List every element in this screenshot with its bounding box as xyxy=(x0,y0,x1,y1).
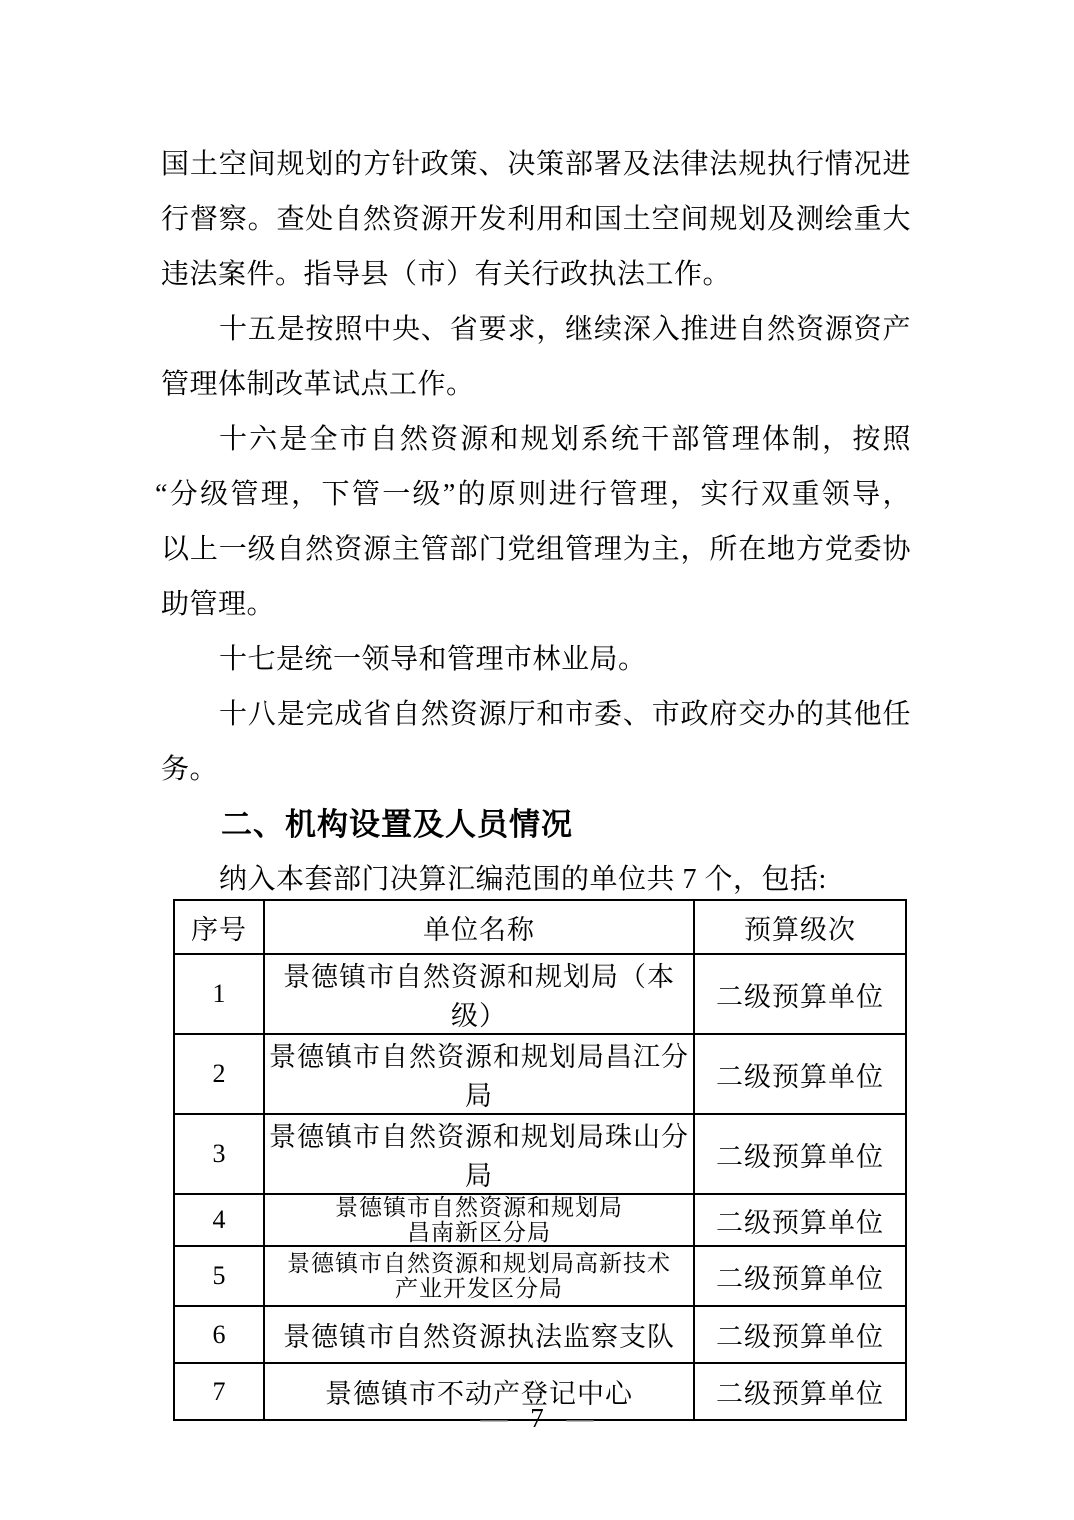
table-row: 3 景德镇市自然资源和规划局珠山分局 二级预算单位 xyxy=(174,1114,906,1194)
cell-name-line: 景德镇市自然资源和规划局 xyxy=(265,1195,693,1220)
text-line: 十八是完成省自然资源厅和市委、市政府交办的其他任 xyxy=(161,687,911,742)
header-cell-level: 预算级次 xyxy=(694,900,906,954)
cell-name: 景德镇市自然资源和规划局 昌南新区分局 xyxy=(264,1194,694,1246)
text-line: 违法案件。指导县（市）有关行政执法工作。 xyxy=(161,247,911,302)
footer-dash-right: — xyxy=(567,1403,594,1433)
cell-level: 二级预算单位 xyxy=(694,954,906,1034)
page-footer: — 7 — xyxy=(0,1403,1074,1434)
cell-name-line: 昌南新区分局 xyxy=(265,1220,693,1245)
units-table: 序号 单位名称 预算级次 1 景德镇市自然资源和规划局（本级） 二级预算单位 2… xyxy=(173,899,907,1421)
text-line: 务。 xyxy=(161,742,911,797)
cell-level: 二级预算单位 xyxy=(694,1246,906,1306)
cell-name-line: 产业开发区分局 xyxy=(265,1276,693,1301)
footer-page-number: 7 xyxy=(530,1403,544,1433)
text-line: 助管理。 xyxy=(161,577,911,632)
document-page: 国土空间规划的方针政策、决策部署及法律法规执行情况进 行督察。查处自然资源开发利… xyxy=(0,0,1074,1520)
body-text: 国土空间规划的方针政策、决策部署及法律法规执行情况进 行督察。查处自然资源开发利… xyxy=(161,137,911,1421)
header-cell-no: 序号 xyxy=(174,900,264,954)
text-line: 行督察。查处自然资源开发利用和国土空间规划及测绘重大 xyxy=(161,192,911,247)
text-line: 国土空间规划的方针政策、决策部署及法律法规执行情况进 xyxy=(161,137,911,192)
cell-name-line: 景德镇市自然资源和规划局高新技术 xyxy=(265,1251,693,1276)
text-line: 管理体制改革试点工作。 xyxy=(161,357,911,412)
cell-name: 景德镇市自然资源和规划局（本级） xyxy=(264,954,694,1034)
cell-no: 5 xyxy=(174,1246,264,1306)
cell-name: 景德镇市自然资源和规划局高新技术 产业开发区分局 xyxy=(264,1246,694,1306)
header-cell-name: 单位名称 xyxy=(264,900,694,954)
table-row: 1 景德镇市自然资源和规划局（本级） 二级预算单位 xyxy=(174,954,906,1034)
cell-name: 景德镇市自然资源执法监察支队 xyxy=(264,1306,694,1363)
section-heading: 二、机构设置及人员情况 xyxy=(161,797,911,852)
table-row: 2 景德镇市自然资源和规划局昌江分局 二级预算单位 xyxy=(174,1034,906,1114)
footer-dash-left: — xyxy=(481,1403,508,1433)
cell-name: 景德镇市自然资源和规划局珠山分局 xyxy=(264,1114,694,1194)
cell-level: 二级预算单位 xyxy=(694,1306,906,1363)
text-line: “分级管理，下管一级”的原则进行管理，实行双重领导， xyxy=(161,467,911,522)
cell-no: 4 xyxy=(174,1194,264,1246)
cell-no: 1 xyxy=(174,954,264,1034)
cell-level: 二级预算单位 xyxy=(694,1194,906,1246)
text-line: 十七是统一领导和管理市林业局。 xyxy=(161,632,911,687)
cell-no: 3 xyxy=(174,1114,264,1194)
cell-no: 2 xyxy=(174,1034,264,1114)
table-row: 5 景德镇市自然资源和规划局高新技术 产业开发区分局 二级预算单位 xyxy=(174,1246,906,1306)
table-row: 6 景德镇市自然资源执法监察支队 二级预算单位 xyxy=(174,1306,906,1363)
table-row: 4 景德镇市自然资源和规划局 昌南新区分局 二级预算单位 xyxy=(174,1194,906,1246)
text-line: 十六是全市自然资源和规划系统干部管理体制，按照 xyxy=(161,412,911,467)
intro-line: 纳入本套部门决算汇编范围的单位共 7 个，包括: xyxy=(161,852,911,907)
text-line: 以上一级自然资源主管部门党组管理为主，所在地方党委协 xyxy=(161,522,911,577)
table-header-row: 序号 单位名称 预算级次 xyxy=(174,900,906,954)
cell-level: 二级预算单位 xyxy=(694,1034,906,1114)
text-line: 十五是按照中央、省要求，继续深入推进自然资源资产 xyxy=(161,302,911,357)
cell-level: 二级预算单位 xyxy=(694,1114,906,1194)
cell-no: 6 xyxy=(174,1306,264,1363)
cell-name: 景德镇市自然资源和规划局昌江分局 xyxy=(264,1034,694,1114)
